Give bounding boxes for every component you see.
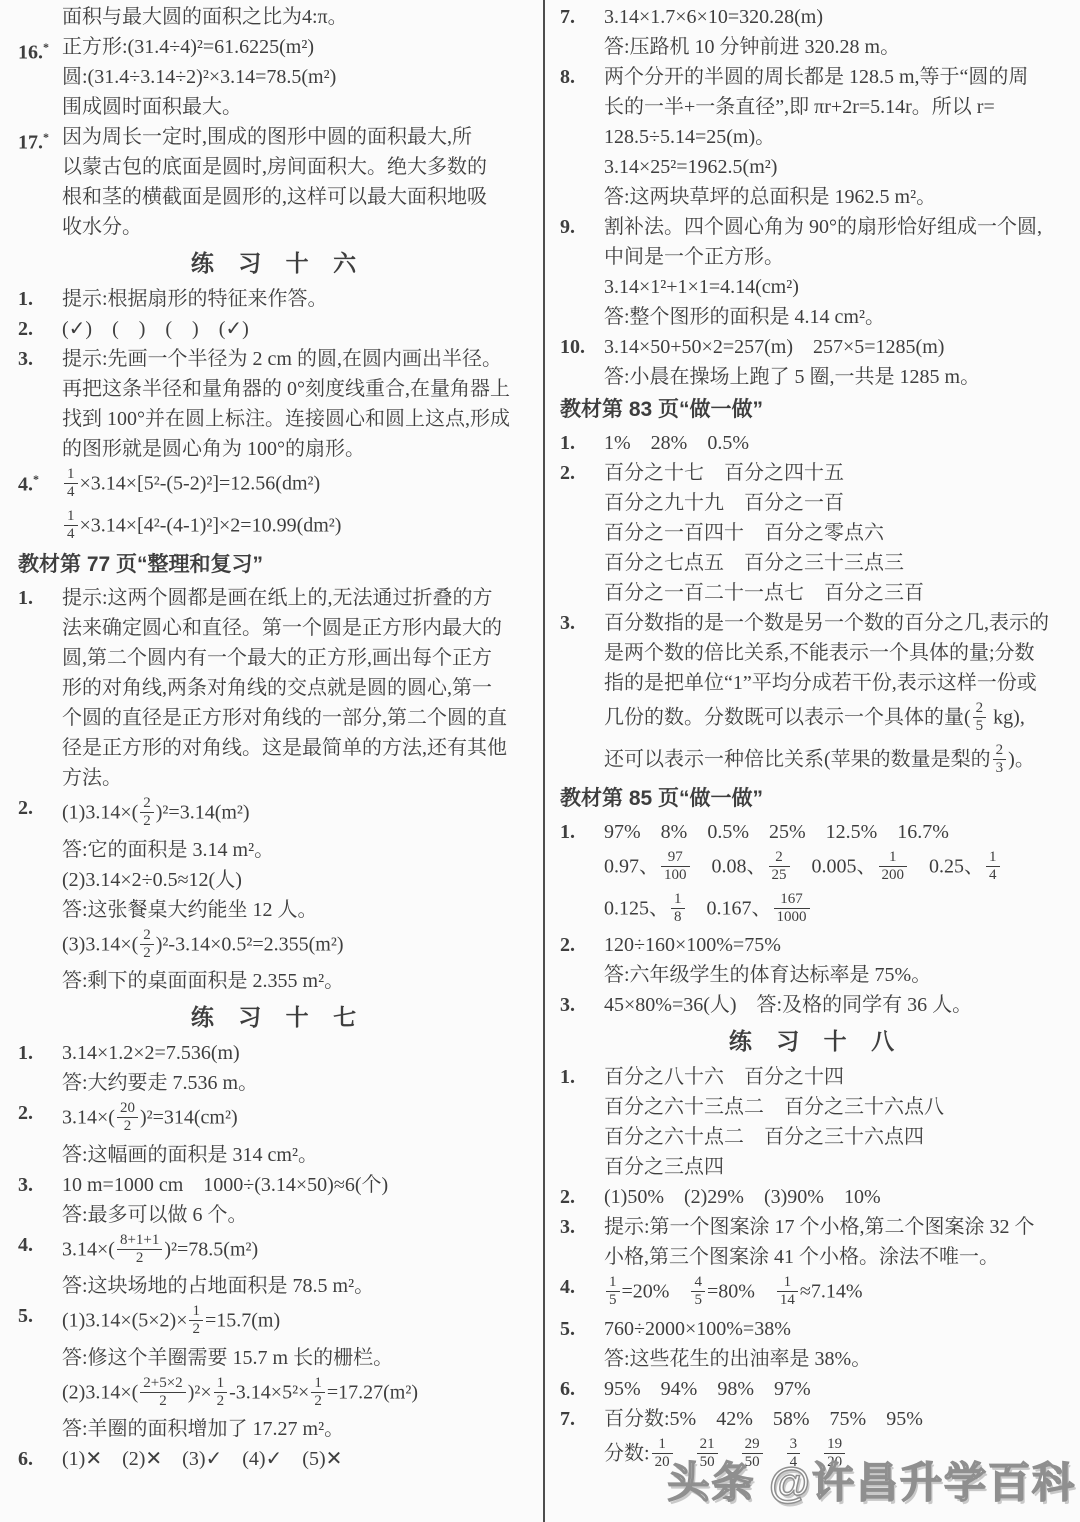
- answer-line: 3.14×25²=1962.5(m²): [604, 152, 1072, 182]
- answer-line: 两个分开的半圆的周长都是 128.5 m,等于“圆的周: [604, 62, 1072, 92]
- item-number: 2.: [560, 458, 604, 488]
- answer-line: 0.97、97100 0.08、225 0.005、1200 0.25、14: [604, 847, 1072, 889]
- answer-item: 5.760÷2000×100%=38%答:这些花生的出油率是 38%。: [560, 1314, 1072, 1374]
- answer-line: 因为周长一定时,围成的图形中圆的面积最大,所: [62, 122, 538, 152]
- fraction-denominator: 5: [691, 1291, 705, 1309]
- item-number: 3.: [18, 344, 62, 374]
- item-body: 3.14×1.7×6×10=320.28(m)答:压路机 10 分钟前进 320…: [604, 2, 1072, 62]
- item-body: 3.14×(202)²=314(cm²)答:这幅画的面积是 314 cm²。: [62, 1098, 538, 1170]
- answer-line: 面积与最大圆的面积之比为4:π。: [62, 2, 538, 32]
- item-body: (1)3.14×(5×2)×12=15.7(m)答:修这个羊圈需要 15.7 m…: [62, 1301, 538, 1444]
- item-number: 3.: [560, 608, 604, 638]
- fraction: 12: [189, 1303, 203, 1339]
- item-number: 3.: [560, 990, 604, 1020]
- item-number: 2.: [560, 1182, 604, 1212]
- answer-line: 答:这两块草坪的总面积是 1962.5 m²。: [604, 182, 1072, 212]
- answer-line: 3.14×50+50×2=257(m) 257×5=1285(m): [604, 332, 1072, 362]
- answer-line: 45×80%=36(人) 答:及格的同学有 36 人。: [604, 990, 1072, 1020]
- answer-line: 长的一半+一条直径”,即 πr+2r=5.14r。所以 r=: [604, 92, 1072, 122]
- answer-line: 3.14×1.7×6×10=320.28(m): [604, 2, 1072, 32]
- answer-item: 9.割补法。四个圆心角为 90°的扇形恰好组成一个圆,中间是一个正方形。3.14…: [560, 212, 1072, 332]
- item-number: 1.: [18, 1038, 62, 1068]
- item-body: 两个分开的半圆的周长都是 128.5 m,等于“圆的周长的一半+一条直径”,即 …: [604, 62, 1072, 212]
- item-body: 95% 94% 98% 97%: [604, 1374, 1072, 1404]
- answer-line: 百分之一百二十一点七 百分之三百: [604, 578, 1072, 608]
- exercise-heading: 练 习 十 七: [18, 998, 538, 1036]
- star-marker: *: [43, 130, 49, 144]
- answer-line: 找到 100°并在圆上标注。连接圆心和圆上这点,形成: [62, 404, 538, 434]
- answer-line: 还可以表示一种倍比关系(苹果的数量是梨的23)。: [604, 740, 1072, 782]
- star-marker: *: [33, 472, 39, 486]
- item-body: (✓) ( ) ( ) (✓): [62, 314, 538, 344]
- fraction-numerator: 8+1+1: [117, 1232, 162, 1249]
- item-body: 百分之八十六 百分之十四百分之六十三点二 百分之三十六点八百分之六十点二 百分之…: [604, 1062, 1072, 1182]
- answer-line: 答:这张餐桌大约能坐 12 人。: [62, 895, 538, 925]
- answer-line: 120÷160×100%=75%: [604, 930, 1072, 960]
- answer-line: 14×3.14×[5²-(5-2)²]=12.56(dm²): [62, 464, 538, 506]
- fraction: 14: [64, 508, 78, 544]
- answer-line: 答:最多可以做 6 个。: [62, 1200, 538, 1230]
- fraction-denominator: 2: [117, 1117, 138, 1135]
- answer-line: 几份的数。分数既可以表示一个具体的量(25 kg),: [604, 698, 1072, 740]
- item-body: 提示:先画一个半径为 2 cm 的圆,在圆内画出半径。再把这条半径和量角器的 0…: [62, 344, 538, 464]
- answer-line: 圆:(31.4÷3.14÷2)²×3.14=78.5(m²): [62, 62, 538, 92]
- item-body: 97% 8% 0.5% 25% 12.5% 16.7%0.97、97100 0.…: [604, 817, 1072, 930]
- fraction-numerator: 1: [671, 891, 685, 908]
- left-column: 面积与最大圆的面积之比为4:π。16.*正方形:(31.4÷4)²=61.622…: [18, 2, 538, 1474]
- fraction: 12: [311, 1375, 325, 1411]
- fraction-denominator: 2: [140, 1392, 185, 1410]
- fraction-numerator: 2: [140, 927, 154, 944]
- fraction-denominator: 5: [606, 1291, 620, 1309]
- answer-line: 14×3.14×[4²-(4-1)²]×2=10.99(dm²): [62, 506, 538, 548]
- item-body: 760÷2000×100%=38%答:这些花生的出油率是 38%。: [604, 1314, 1072, 1374]
- answer-item: 1.3.14×1.2×2=7.536(m)答:大约要走 7.536 m。: [18, 1038, 538, 1098]
- fraction: 1671000: [774, 891, 810, 927]
- answer-line: 10 m=1000 cm 1000÷(3.14×50)≈6(个): [62, 1170, 538, 1200]
- item-number: 10.: [560, 332, 604, 362]
- fraction: 18: [671, 891, 685, 927]
- item-number: 1.: [18, 284, 62, 314]
- answer-line: 以蒙古包的底面是圆时,房间面积大。绝大多数的: [62, 152, 538, 182]
- answer-line: 法来确定圆心和直径。第一个圆是正方形内最大的: [62, 613, 538, 643]
- answer-line: 答:小晨在操场上跑了 5 圈,一共是 1285 m。: [604, 362, 1072, 392]
- item-body: 面积与最大圆的面积之比为4:π。: [62, 2, 538, 32]
- answer-item: 1.97% 8% 0.5% 25% 12.5% 16.7%0.97、97100 …: [560, 817, 1072, 930]
- answer-line: 提示:第一个图案涂 17 个小格,第二个图案涂 32 个: [604, 1212, 1072, 1242]
- item-body: 提示:这两个圆都是画在纸上的,无法通过折叠的方法来确定圆心和直径。第一个圆是正方…: [62, 583, 538, 793]
- answer-line: 3.14×1²+1×1=4.14(cm²): [604, 272, 1072, 302]
- fraction-numerator: 1: [64, 466, 78, 483]
- answer-line: 1% 28% 0.5%: [604, 428, 1072, 458]
- item-number: 6.: [560, 1374, 604, 1404]
- answer-item: 3.45×80%=36(人) 答:及格的同学有 36 人。: [560, 990, 1072, 1020]
- fraction-denominator: 2: [117, 1249, 162, 1267]
- answer-line: (2)3.14×2÷0.5≈12(人): [62, 865, 538, 895]
- section-heading: 教材第 85 页“做一做”: [560, 781, 1072, 817]
- answer-item: 2.3.14×(202)²=314(cm²)答:这幅画的面积是 314 cm²。: [18, 1098, 538, 1170]
- item-number: 1.: [560, 817, 604, 847]
- answer-line: 答:六年级学生的体育达标率是 75%。: [604, 960, 1072, 990]
- fraction-denominator: 2: [140, 944, 154, 962]
- answer-page: 面积与最大圆的面积之比为4:π。16.*正方形:(31.4÷4)²=61.622…: [0, 0, 1080, 1522]
- fraction: 2+5×22: [140, 1375, 185, 1411]
- answer-item: 2.(1)50% (2)29% (3)90% 10%: [560, 1182, 1072, 1212]
- answer-item: 1.提示:这两个圆都是画在纸上的,无法通过折叠的方法来确定圆心和直径。第一个圆是…: [18, 583, 538, 793]
- item-body: (1)✕ (2)✕ (3)✓ (4)✓ (5)✕: [62, 1444, 538, 1474]
- item-body: 3.14×(8+1+12)²=78.5(m²)答:这块场地的占地面积是 78.5…: [62, 1230, 538, 1302]
- answer-line: 百分之六十点二 百分之三十六点四: [604, 1122, 1072, 1152]
- answer-line: (1)✕ (2)✕ (3)✓ (4)✓ (5)✕: [62, 1444, 538, 1474]
- answer-line: (1)50% (2)29% (3)90% 10%: [604, 1182, 1072, 1212]
- answer-line: 个圆的直径是正方形对角线的一部分,第二个圆的直: [62, 703, 538, 733]
- fraction-denominator: 5: [973, 717, 987, 735]
- fraction: 8+1+12: [117, 1232, 162, 1268]
- fraction-numerator: 167: [774, 891, 810, 908]
- answer-line: 答:修这个羊圈需要 15.7 m 长的栅栏。: [62, 1343, 538, 1373]
- answer-item: 3.提示:第一个图案涂 17 个小格,第二个图案涂 32 个小格,第三个图案涂 …: [560, 1212, 1072, 1272]
- fraction: 1200: [879, 849, 908, 885]
- item-number: 2.: [18, 314, 62, 344]
- fraction: 225: [769, 849, 790, 885]
- item-number: 9.: [560, 212, 604, 242]
- item-number: 7.: [560, 2, 604, 32]
- answer-item: 16.*正方形:(31.4÷4)²=61.6225(m²)圆:(31.4÷3.1…: [18, 32, 538, 122]
- item-body: 百分之十七 百分之四十五百分之九十九 百分之一百百分之一百四十 百分之零点六百分…: [604, 458, 1072, 608]
- item-number: 17.*: [18, 122, 62, 158]
- answer-line: 根和茎的横截面是圆形的,这样可以最大面积地吸: [62, 182, 538, 212]
- fraction-denominator: 4: [986, 866, 1000, 884]
- item-number: 5.: [560, 1314, 604, 1344]
- item-body: 45×80%=36(人) 答:及格的同学有 36 人。: [604, 990, 1072, 1020]
- fraction-numerator: 1: [606, 1274, 620, 1291]
- item-body: 15=20% 45=80% 114≈7.14%: [604, 1272, 1072, 1314]
- item-number: 16.*: [18, 32, 62, 68]
- fraction-numerator: 2: [769, 849, 790, 866]
- continuation-item: 面积与最大圆的面积之比为4:π。: [18, 2, 538, 32]
- fraction: 12: [214, 1375, 228, 1411]
- item-body: 提示:第一个图案涂 17 个小格,第二个图案涂 32 个小格,第三个图案涂 41…: [604, 1212, 1072, 1272]
- answer-line: 割补法。四个圆心角为 90°的扇形恰好组成一个圆,: [604, 212, 1072, 242]
- fraction-numerator: 4: [691, 1274, 705, 1291]
- answer-item: 3.提示:先画一个半径为 2 cm 的圆,在圆内画出半径。再把这条半径和量角器的…: [18, 344, 538, 464]
- answer-line: (2)3.14×(2+5×22)²×12-3.14×5²×12=17.27(m²…: [62, 1373, 538, 1415]
- item-number: 2.: [560, 930, 604, 960]
- fraction-denominator: 3: [993, 759, 1007, 777]
- answer-line: 3.14×(202)²=314(cm²): [62, 1098, 538, 1140]
- answer-line: 答:剩下的桌面面积是 2.355 m²。: [62, 966, 538, 996]
- answer-line: 97% 8% 0.5% 25% 12.5% 16.7%: [604, 817, 1072, 847]
- answer-line: 答:大约要走 7.536 m。: [62, 1068, 538, 1098]
- answer-line: 答:它的面积是 3.14 m²。: [62, 835, 538, 865]
- answer-line: 收水分。: [62, 212, 538, 242]
- answer-line: 提示:根据扇形的特征来作答。: [62, 284, 538, 314]
- answer-line: 3.14×(8+1+12)²=78.5(m²): [62, 1230, 538, 1272]
- answer-line: 128.5÷5.14=25(m)。: [604, 122, 1072, 152]
- fraction-denominator: 2: [311, 1392, 325, 1410]
- fraction-numerator: 20: [117, 1100, 138, 1117]
- answer-line: 答:整个图形的面积是 4.14 cm²。: [604, 302, 1072, 332]
- fraction: 23: [993, 742, 1007, 778]
- fraction-numerator: 2: [140, 795, 154, 812]
- answer-line: 百分之七点五 百分之三十三点三: [604, 548, 1072, 578]
- answer-item: 10.3.14×50+50×2=257(m) 257×5=1285(m)答:小晨…: [560, 332, 1072, 392]
- fraction-denominator: 25: [769, 866, 790, 884]
- item-number: 8.: [560, 62, 604, 92]
- item-number: 5.: [18, 1301, 62, 1331]
- item-body: 因为周长一定时,围成的图形中圆的面积最大,所以蒙古包的底面是圆时,房间面积大。绝…: [62, 122, 538, 242]
- fraction-numerator: 1: [214, 1375, 228, 1392]
- fraction-denominator: 8: [671, 908, 685, 926]
- answer-item: 2.百分之十七 百分之四十五百分之九十九 百分之一百百分之一百四十 百分之零点六…: [560, 458, 1072, 608]
- answer-line: 0.125、18 0.167、1671000: [604, 889, 1072, 931]
- answer-item: 2.(1)3.14×(22)²=3.14(m²)答:它的面积是 3.14 m²。…: [18, 793, 538, 996]
- answer-line: 答:羊圈的面积增加了 17.27 m²。: [62, 1414, 538, 1444]
- item-number: 4.: [18, 1230, 62, 1260]
- watermark: 头条 @许昌升学百科: [667, 1450, 1076, 1510]
- exercise-heading: 练 习 十 八: [560, 1022, 1072, 1060]
- fraction: 22: [140, 927, 154, 963]
- item-body: 百分数指的是一个数是另一个数的百分之几,表示的是两个数的倍比关系,不能表示一个具…: [604, 608, 1072, 781]
- right-column: 7.3.14×1.7×6×10=320.28(m)答:压路机 10 分钟前进 3…: [560, 2, 1072, 1475]
- column-divider: [543, 0, 545, 1522]
- item-body: 10 m=1000 cm 1000÷(3.14×50)≈6(个)答:最多可以做 …: [62, 1170, 538, 1230]
- answer-line: 径是正方形的对角线。这是最简单的方法,还有其他: [62, 733, 538, 763]
- answer-item: 4.15=20% 45=80% 114≈7.14%: [560, 1272, 1072, 1314]
- answer-line: 答:这些花生的出油率是 38%。: [604, 1344, 1072, 1374]
- answer-line: 百分数指的是一个数是另一个数的百分之几,表示的: [604, 608, 1072, 638]
- section-heading: 教材第 77 页“整理和复习”: [18, 547, 538, 583]
- item-body: 3.14×50+50×2=257(m) 257×5=1285(m)答:小晨在操场…: [604, 332, 1072, 392]
- fraction-numerator: 97: [661, 849, 690, 866]
- answer-item: 2.(✓) ( ) ( ) (✓): [18, 314, 538, 344]
- answer-line: 百分之六十三点二 百分之三十六点八: [604, 1092, 1072, 1122]
- item-number: 6.: [18, 1444, 62, 1474]
- fraction-numerator: 1: [64, 508, 78, 525]
- answer-item: 4.3.14×(8+1+12)²=78.5(m²)答:这块场地的占地面积是 78…: [18, 1230, 538, 1302]
- fraction: 22: [140, 795, 154, 831]
- fraction-numerator: 1: [311, 1375, 325, 1392]
- item-number: 4.*: [18, 464, 62, 500]
- answer-item: 1.百分之八十六 百分之十四百分之六十三点二 百分之三十六点八百分之六十点二 百…: [560, 1062, 1072, 1182]
- answer-item: 6.95% 94% 98% 97%: [560, 1374, 1072, 1404]
- answer-line: 百分之一百四十 百分之零点六: [604, 518, 1072, 548]
- answer-line: 是两个数的倍比关系,不能表示一个具体的量;分数: [604, 638, 1072, 668]
- fraction-numerator: 2+5×2: [140, 1375, 185, 1392]
- answer-line: 提示:这两个圆都是画在纸上的,无法通过折叠的方: [62, 583, 538, 613]
- star-marker: *: [43, 40, 49, 54]
- answer-item: 17.*因为周长一定时,围成的图形中圆的面积最大,所以蒙古包的底面是圆时,房间面…: [18, 122, 538, 242]
- fraction-numerator: 2: [973, 700, 987, 717]
- item-number: 4.: [560, 1272, 604, 1302]
- item-body: 提示:根据扇形的特征来作答。: [62, 284, 538, 314]
- fraction: 45: [691, 1274, 705, 1310]
- answer-item: 1.1% 28% 0.5%: [560, 428, 1072, 458]
- answer-line: 的图形就是圆心角为 100°的扇形。: [62, 434, 538, 464]
- answer-line: 15=20% 45=80% 114≈7.14%: [604, 1272, 1072, 1314]
- answer-line: 百分之十七 百分之四十五: [604, 458, 1072, 488]
- fraction-numerator: 1: [879, 849, 908, 866]
- answer-line: 760÷2000×100%=38%: [604, 1314, 1072, 1344]
- fraction: 14: [64, 466, 78, 502]
- fraction: 202: [117, 1100, 138, 1136]
- answer-item: 2.120÷160×100%=75%答:六年级学生的体育达标率是 75%。: [560, 930, 1072, 990]
- fraction-denominator: 2: [214, 1392, 228, 1410]
- fraction: 25: [973, 700, 987, 736]
- answer-item: 8.两个分开的半圆的周长都是 128.5 m,等于“圆的周长的一半+一条直径”,…: [560, 62, 1072, 212]
- answer-line: 百分之八十六 百分之十四: [604, 1062, 1072, 1092]
- answer-line: 百分之九十九 百分之一百: [604, 488, 1072, 518]
- item-number: 1.: [560, 428, 604, 458]
- answer-line: 答:压路机 10 分钟前进 320.28 m。: [604, 32, 1072, 62]
- answer-line: 百分之三点四: [604, 1152, 1072, 1182]
- item-body: (1)50% (2)29% (3)90% 10%: [604, 1182, 1072, 1212]
- item-body: 正方形:(31.4÷4)²=61.6225(m²)圆:(31.4÷3.14÷2)…: [62, 32, 538, 122]
- answer-line: 百分数:5% 42% 58% 75% 95%: [604, 1404, 1072, 1434]
- answer-line: 95% 94% 98% 97%: [604, 1374, 1072, 1404]
- item-number: 7.: [560, 1404, 604, 1434]
- fraction-denominator: 100: [661, 866, 690, 884]
- fraction-denominator: 2: [140, 812, 154, 830]
- fraction: 15: [606, 1274, 620, 1310]
- fraction-denominator: 14: [777, 1291, 798, 1309]
- answer-line: 方法。: [62, 763, 538, 793]
- item-number: 3.: [18, 1170, 62, 1200]
- answer-line: 圆,第二个圆内有一个最大的正方形,画出每个正方: [62, 643, 538, 673]
- answer-item: 1.提示:根据扇形的特征来作答。: [18, 284, 538, 314]
- answer-line: 再把这条半径和量角器的 0°刻度线重合,在量角器上: [62, 374, 538, 404]
- item-number: 1.: [18, 583, 62, 613]
- answer-line: 围成圆时面积最大。: [62, 92, 538, 122]
- fraction-denominator: 1000: [774, 908, 810, 926]
- fraction: 97100: [661, 849, 690, 885]
- item-body: 割补法。四个圆心角为 90°的扇形恰好组成一个圆,中间是一个正方形。3.14×1…: [604, 212, 1072, 332]
- section-heading: 教材第 83 页“做一做”: [560, 392, 1072, 428]
- answer-line: (✓) ( ) ( ) (✓): [62, 314, 538, 344]
- item-body: (1)3.14×(22)²=3.14(m²)答:它的面积是 3.14 m²。(2…: [62, 793, 538, 996]
- answer-line: 答:这幅画的面积是 314 cm²。: [62, 1140, 538, 1170]
- answer-item: 7.3.14×1.7×6×10=320.28(m)答:压路机 10 分钟前进 3…: [560, 2, 1072, 62]
- fraction-denominator: 200: [879, 866, 908, 884]
- item-body: 1% 28% 0.5%: [604, 428, 1072, 458]
- fraction-numerator: 1: [777, 1274, 798, 1291]
- answer-item: 4.*14×3.14×[5²-(5-2)²]=12.56(dm²)14×3.14…: [18, 464, 538, 547]
- item-number: 2.: [18, 1098, 62, 1128]
- answer-line: 指的是把单位“1”平均分成若干份,表示这样一份或: [604, 668, 1072, 698]
- item-body: 120÷160×100%=75%答:六年级学生的体育达标率是 75%。: [604, 930, 1072, 990]
- answer-line: 3.14×1.2×2=7.536(m): [62, 1038, 538, 1068]
- fraction-numerator: 1: [986, 849, 1000, 866]
- answer-line: 提示:先画一个半径为 2 cm 的圆,在圆内画出半径。: [62, 344, 538, 374]
- item-body: 14×3.14×[5²-(5-2)²]=12.56(dm²)14×3.14×[4…: [62, 464, 538, 547]
- fraction-denominator: 4: [64, 525, 78, 543]
- answer-item: 3.百分数指的是一个数是另一个数的百分之几,表示的是两个数的倍比关系,不能表示一…: [560, 608, 1072, 781]
- item-body: 3.14×1.2×2=7.536(m)答:大约要走 7.536 m。: [62, 1038, 538, 1098]
- answer-line: 正方形:(31.4÷4)²=61.6225(m²): [62, 32, 538, 62]
- answer-line: (3)3.14×(22)²-3.14×0.5²=2.355(m²): [62, 925, 538, 967]
- answer-item: 6.(1)✕ (2)✕ (3)✓ (4)✓ (5)✕: [18, 1444, 538, 1474]
- fraction-denominator: 4: [64, 483, 78, 501]
- answer-item: 3.10 m=1000 cm 1000÷(3.14×50)≈6(个)答:最多可以…: [18, 1170, 538, 1230]
- fraction-denominator: 2: [189, 1320, 203, 1338]
- fraction: 14: [986, 849, 1000, 885]
- answer-line: 小格,第三个图案涂 41 个小格。涂法不唯一。: [604, 1242, 1072, 1272]
- answer-line: 中间是一个正方形。: [604, 242, 1072, 272]
- answer-line: (1)3.14×(22)²=3.14(m²): [62, 793, 538, 835]
- fraction-numerator: 1: [189, 1303, 203, 1320]
- answer-line: (1)3.14×(5×2)×12=15.7(m): [62, 1301, 538, 1343]
- exercise-heading: 练 习 十 六: [18, 244, 538, 282]
- answer-item: 5.(1)3.14×(5×2)×12=15.7(m)答:修这个羊圈需要 15.7…: [18, 1301, 538, 1444]
- answer-line: 形的对角线,两条对角线的交点就是圆的圆心,第一: [62, 673, 538, 703]
- item-number: 2.: [18, 793, 62, 823]
- answer-line: 答:这块场地的占地面积是 78.5 m²。: [62, 1271, 538, 1301]
- fraction: 114: [777, 1274, 798, 1310]
- item-number: 1.: [560, 1062, 604, 1092]
- fraction-numerator: 2: [993, 742, 1007, 759]
- item-number: 3.: [560, 1212, 604, 1242]
